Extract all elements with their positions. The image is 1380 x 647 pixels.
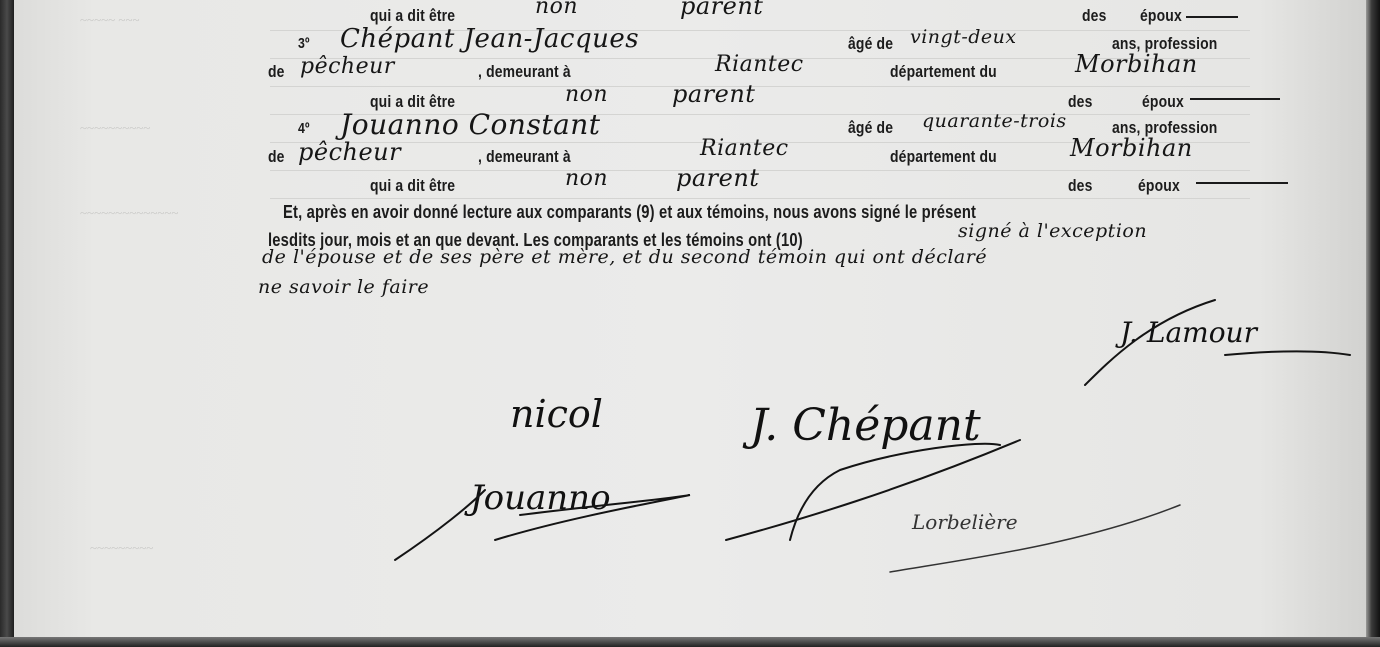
printed-text: département du [890,62,997,82]
signature-chepant: J. Chépant [750,400,981,451]
signature-jouanno: Jouanno [470,478,611,518]
entry-number: 3º [298,35,310,52]
handwritten-age: quarante-trois [922,110,1067,132]
filler-stroke [1190,98,1280,100]
handwritten-note: signé à l'exception [958,220,1147,242]
handwritten-place: Riantec [715,52,804,77]
handwritten-name: Jouanno Constant [340,108,601,141]
filler-stroke [1186,16,1238,18]
printed-text: de [268,147,285,167]
handwritten-name: Chépant Jean-Jacques [340,24,639,54]
printed-text: époux [1140,6,1182,26]
printed-text: des [1068,176,1093,196]
printed-text: département du [890,147,997,167]
handwritten-department: Morbihan [1075,50,1198,78]
handwritten-entry: parent [672,80,755,108]
printed-text: , demeurant à [478,147,571,167]
printed-text: âgé de [848,34,893,54]
handwritten-entry: non [565,166,608,191]
handwritten-entry: non [565,82,608,107]
entry-number: 4º [298,120,310,137]
document-page: ~~~~~ ~~~ ~~~~~~~~~~ ~~~~~~~~~~~~~~ ~~~~… [0,0,1380,647]
signature-nicol: nicol [510,392,603,436]
binding-edge [0,0,14,647]
handwritten-department: Morbihan [1070,134,1193,162]
printed-text: époux [1142,92,1184,112]
handwritten-entry: non [535,0,578,19]
page-edge-bottom [0,637,1380,647]
printed-text: qui a dit être [370,6,455,26]
bleed-through-text: ~~~~~~~~~~~~~~ [80,205,178,221]
filler-stroke [1196,182,1288,184]
printed-text: âgé de [848,118,893,138]
handwritten-entry: parent [680,0,763,20]
printed-text: des [1068,92,1093,112]
handwritten-place: Riantec [700,136,789,161]
printed-text: qui a dit être [370,176,455,196]
handwritten-entry: parent [676,164,759,192]
printed-text: , demeurant à [478,62,571,82]
handwritten-profession: pêcheur [300,54,395,79]
printed-text: des [1082,6,1107,26]
printed-text: époux [1138,176,1180,196]
handwritten-profession: pêcheur [298,138,401,166]
ruled-line [270,170,1250,171]
handwritten-note: de l'épouse et de ses père et mère, et d… [262,246,987,268]
bleed-through-text: ~~~~~~~~~~ [80,120,150,136]
signature-officer: J. Lamour [1120,316,1257,349]
ruled-line [270,86,1250,87]
ruled-line [270,198,1250,199]
bleed-through-text: ~~~~~ ~~~ [80,12,140,28]
handwritten-age: vingt-deux [910,26,1017,48]
printed-paragraph: Et, après en avoir donné lecture aux com… [283,202,976,223]
printed-text: de [268,62,285,82]
page-edge-right [1366,0,1380,647]
signature-bottom-right: Lorbelière [912,510,1018,534]
handwritten-note: ne savoir le faire [258,276,429,298]
bleed-through-text: ~~~~~~~~~ [90,540,153,556]
